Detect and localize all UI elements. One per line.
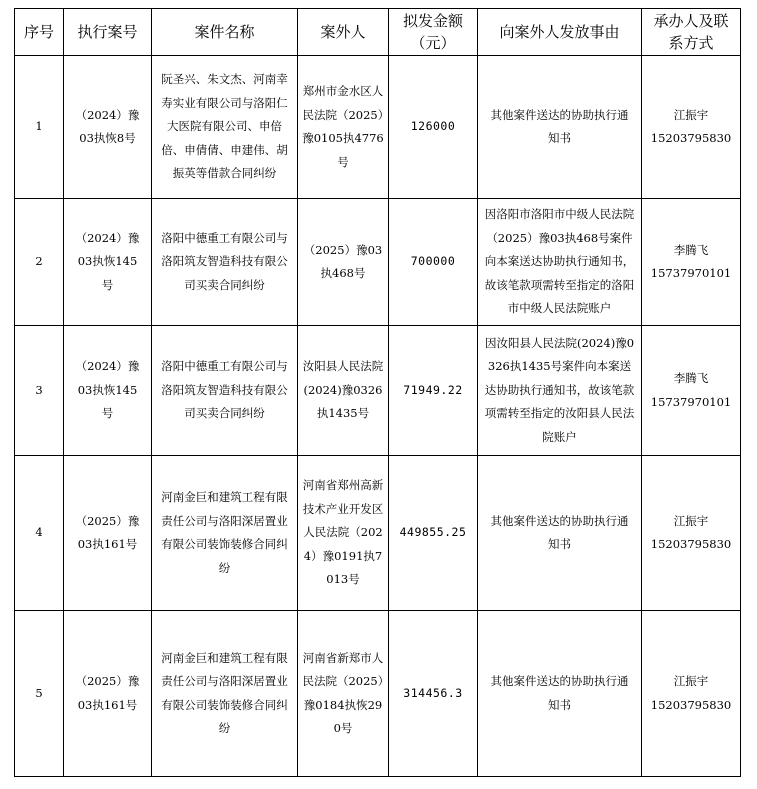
payout-table: 序号 执行案号 案件名称 案外人 拟发金额 （元） 向案外人发放事由 承办人及联… bbox=[14, 8, 741, 777]
header-index: 序号 bbox=[15, 9, 64, 56]
header-contact: 承办人及联 系方式 bbox=[642, 9, 741, 56]
header-case-no: 执行案号 bbox=[64, 9, 152, 56]
handler-contact: 李腾飞 15737970101 bbox=[642, 199, 741, 326]
case-name: 洛阳中德重工有限公司与洛阳筑友智造科技有限公司买卖合同纠纷 bbox=[152, 199, 298, 326]
table-row: 3 （2024）豫03执恢145号 洛阳中德重工有限公司与洛阳筑友智造科技有限公… bbox=[15, 326, 741, 456]
outsider: 汝阳县人民法院(2024)豫0326执1435号 bbox=[298, 326, 389, 456]
amount: 314456.3 bbox=[389, 611, 478, 777]
case-number: （2024）豫03执恢145号 bbox=[64, 199, 152, 326]
reason: 其他案件送达的协助执行通知书 bbox=[478, 611, 642, 777]
outsider: 河南省郑州高新技术产业开发区人民法院（2024）豫0191执7013号 bbox=[298, 456, 389, 611]
case-name: 阮圣兴、朱文杰、河南幸寿实业有限公司与洛阳仁大医院有限公司、申倍倍、申倩倩、申建… bbox=[152, 56, 298, 199]
header-row: 序号 执行案号 案件名称 案外人 拟发金额 （元） 向案外人发放事由 承办人及联… bbox=[15, 9, 741, 56]
handler-contact: 江振宇 15203795830 bbox=[642, 456, 741, 611]
table-row: 2 （2024）豫03执恢145号 洛阳中德重工有限公司与洛阳筑友智造科技有限公… bbox=[15, 199, 741, 326]
outsider: 郑州市金水区人民法院（2025）豫0105执4776号 bbox=[298, 56, 389, 199]
row-index: 2 bbox=[15, 199, 64, 326]
amount: 700000 bbox=[389, 199, 478, 326]
case-name: 洛阳中德重工有限公司与洛阳筑友智造科技有限公司买卖合同纠纷 bbox=[152, 326, 298, 456]
case-number: （2024）豫03执恢8号 bbox=[64, 56, 152, 199]
amount: 126000 bbox=[389, 56, 478, 199]
row-index: 3 bbox=[15, 326, 64, 456]
header-case-name: 案件名称 bbox=[152, 9, 298, 56]
reason: 其他案件送达的协助执行通知书 bbox=[478, 56, 642, 199]
row-index: 1 bbox=[15, 56, 64, 199]
header-reason: 向案外人发放事由 bbox=[478, 9, 642, 56]
case-name: 河南金巨和建筑工程有限责任公司与洛阳深居置业有限公司装饰装修合同纠纷 bbox=[152, 456, 298, 611]
amount: 449855.25 bbox=[389, 456, 478, 611]
case-number: （2024）豫03执恢145号 bbox=[64, 326, 152, 456]
table-row: 1 （2024）豫03执恢8号 阮圣兴、朱文杰、河南幸寿实业有限公司与洛阳仁大医… bbox=[15, 56, 741, 199]
outsider: （2025）豫03执468号 bbox=[298, 199, 389, 326]
case-name: 河南金巨和建筑工程有限责任公司与洛阳深居置业有限公司装饰装修合同纠纷 bbox=[152, 611, 298, 777]
header-outsider: 案外人 bbox=[298, 9, 389, 56]
reason: 因汝阳县人民法院(2024)豫0326执1435号案件向本案送达协助执行通知书，… bbox=[478, 326, 642, 456]
handler-contact: 江振宇 15203795830 bbox=[642, 611, 741, 777]
reason: 其他案件送达的协助执行通知书 bbox=[478, 456, 642, 611]
handler-contact: 江振宇 15203795830 bbox=[642, 56, 741, 199]
table-row: 5 （2025）豫03执161号 河南金巨和建筑工程有限责任公司与洛阳深居置业有… bbox=[15, 611, 741, 777]
table-row: 4 （2025）豫03执161号 河南金巨和建筑工程有限责任公司与洛阳深居置业有… bbox=[15, 456, 741, 611]
header-amount: 拟发金额 （元） bbox=[389, 9, 478, 56]
row-index: 4 bbox=[15, 456, 64, 611]
reason: 因洛阳市洛阳市中级人民法院（2025）豫03执468号案件向本案送达协助执行通知… bbox=[478, 199, 642, 326]
amount: 71949.22 bbox=[389, 326, 478, 456]
case-number: （2025）豫03执161号 bbox=[64, 611, 152, 777]
case-number: （2025）豫03执161号 bbox=[64, 456, 152, 611]
outsider: 河南省新郑市人民法院（2025）豫0184执恢290号 bbox=[298, 611, 389, 777]
row-index: 5 bbox=[15, 611, 64, 777]
handler-contact: 李腾飞 15737970101 bbox=[642, 326, 741, 456]
